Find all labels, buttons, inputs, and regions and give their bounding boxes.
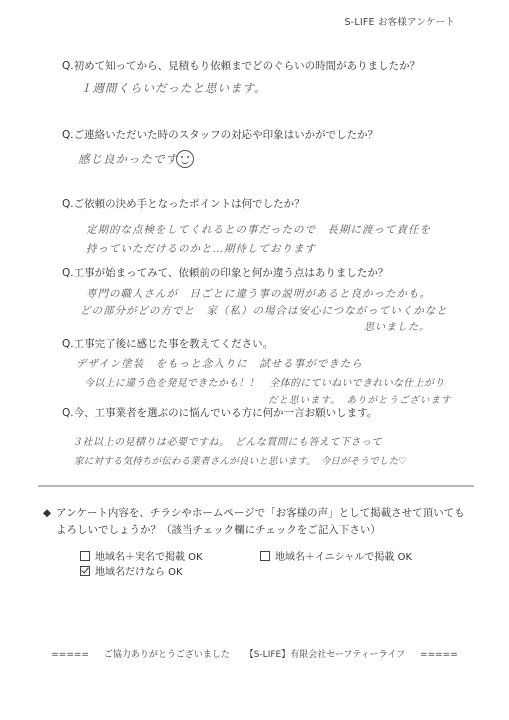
- diamond-bullet-icon: ◆: [43, 505, 51, 522]
- option-area-and-real-name[interactable]: 地域名＋実名で掲載 OK: [80, 548, 203, 563]
- question-5: Q.工事完了後に感じた事を教えてください。: [62, 336, 273, 351]
- checkbox-unchecked-icon[interactable]: [80, 551, 90, 561]
- option-area-and-initials[interactable]: 地域名＋イニシャルで掲載 OK: [260, 548, 412, 563]
- answer-5-line-2: 今以上に違う色を発見できたかも！！ 全体的にていねいできれいな仕上がり: [84, 374, 445, 389]
- answer-6-line-2: 家に対する気持ちが伝わる業者さんが良いと思います。 今日がそうでした♡: [74, 453, 407, 467]
- answer-3-line-2: 持っていただけるのかと…期待しております: [86, 241, 316, 256]
- answer-5-line-3: だと思います。 ありがとうございます: [268, 392, 452, 406]
- question-3: Q.ご依頼の決め手となったポイントは何でしたか？: [62, 196, 305, 211]
- smiley-face-icon: [176, 150, 194, 168]
- answer-4-line-2: どの部分がどの方でと 家（私）の場合は安心につながっていくかなと: [80, 303, 448, 318]
- survey-header-title: S-LIFE お客様アンケート: [345, 14, 455, 28]
- question-6: Q.今、工事業者を選ぶのに悩んでいる方に何か一言お願いします。: [62, 405, 377, 420]
- answer-6-line-1: ３社以上の見積りは必要ですね。 どんな質問にも答えて下さって: [72, 433, 382, 448]
- footer-left-rule: =====: [51, 650, 89, 660]
- footer-thanks-text: ご協力ありがとうございました: [104, 650, 230, 660]
- answer-2-line-1: 感じ良かったです: [78, 151, 178, 167]
- checkbox-checked-icon[interactable]: [80, 566, 90, 576]
- question-2: Q.ご連絡いただいた時のスタッフの対応や印象はいかがでしたか？: [62, 127, 378, 142]
- option-label: 地域名＋イニシャルで掲載 OK: [275, 548, 412, 563]
- consent-question-line-2: よろしいでしょうか？（該当チェック欄にチェックをご記入下さい）: [56, 522, 465, 539]
- footer-right-rule: =====: [420, 650, 458, 660]
- answer-4-line-3: 思いました。: [364, 318, 430, 333]
- question-4: Q.工事が始まってみて、依頼前の印象と何か違う点はありましたか？: [62, 265, 388, 280]
- section-divider: [38, 485, 474, 487]
- publication-consent-question: ◆ アンケート内容を、チラシやホームページで「お客様の声」として掲載させて頂いて…: [56, 505, 465, 539]
- footer-company-name: 【S-LIFE】有限会社セーフティーライフ: [245, 650, 405, 660]
- question-1: Q.初めて知ってから、見積もり依頼までどのぐらいの時間がありましたか？: [62, 58, 420, 73]
- option-area-only[interactable]: 地域名だけなら OK: [80, 563, 183, 578]
- answer-1-line-1: １週間くらいだったと思います。: [80, 80, 267, 96]
- checkbox-unchecked-icon[interactable]: [260, 551, 270, 561]
- consent-question-line-1: アンケート内容を、チラシやホームページで「お客様の声」として掲載させて頂いても: [56, 505, 465, 522]
- answer-4-line-1: 専門の職人さんが 日ごとに違う事の説明があると良かったかも。: [86, 286, 431, 301]
- option-label: 地域名だけなら OK: [95, 563, 183, 578]
- footer-thanks: ===== ご協力ありがとうございました 【S-LIFE】有限会社セーフティーラ…: [0, 647, 509, 660]
- answer-3-line-1: 定期的な点検をしてくれるとの事だったので 長期に渡って責任を: [86, 222, 431, 237]
- answer-5-line-1: デザイン塗装 をもっと念入りに 試せる事ができたら: [76, 356, 363, 371]
- option-label: 地域名＋実名で掲載 OK: [95, 548, 203, 563]
